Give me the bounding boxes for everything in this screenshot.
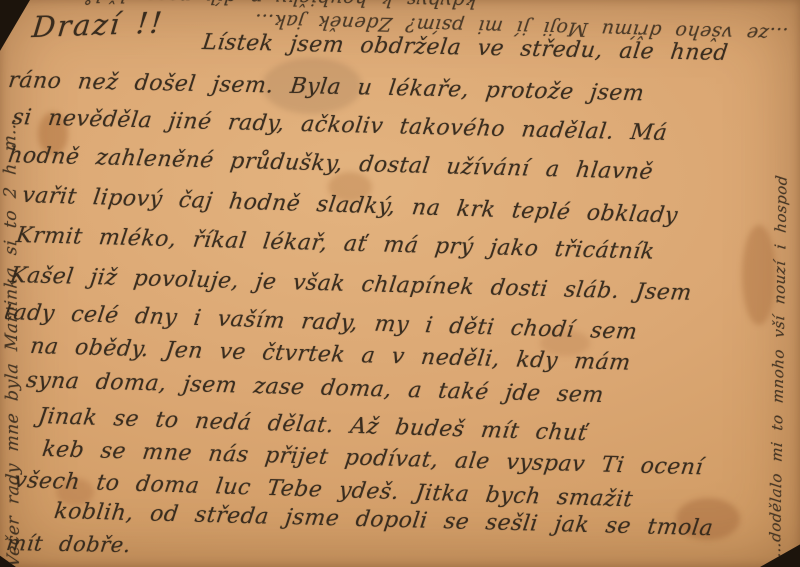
photo-stage: …kdybys k houbičky n dík psos dědův… …ze… [0,0,800,567]
letter-line: hodně zahleněné průdušky, dostal užívání… [7,143,655,185]
letter-line: si nevěděla jiné rady, ačkoliv takového … [11,105,669,146]
letter-line: Krmit mléko, říkal lékař, ať má prý jako… [15,223,657,265]
postcard-paper: …kdybys k houbičky n dík psos dědův… …ze… [0,0,800,567]
margin-note-right: …dodělalo mi to mnoho vší nouzí i hospod [766,86,792,558]
letter-line: ráno než došel jsem. Byla u lékaře, prot… [7,68,646,106]
letter-line: vařit lipový čaj hodně sladký, na krk te… [21,183,680,229]
letter-line: syna doma, jsem zase doma, a také jde se… [25,368,606,408]
letter-line: mít dobře. [5,531,132,557]
letter-line: Kašel již povoluje, je však chlapínek do… [9,263,694,306]
salutation: Drazí !! [30,5,165,44]
